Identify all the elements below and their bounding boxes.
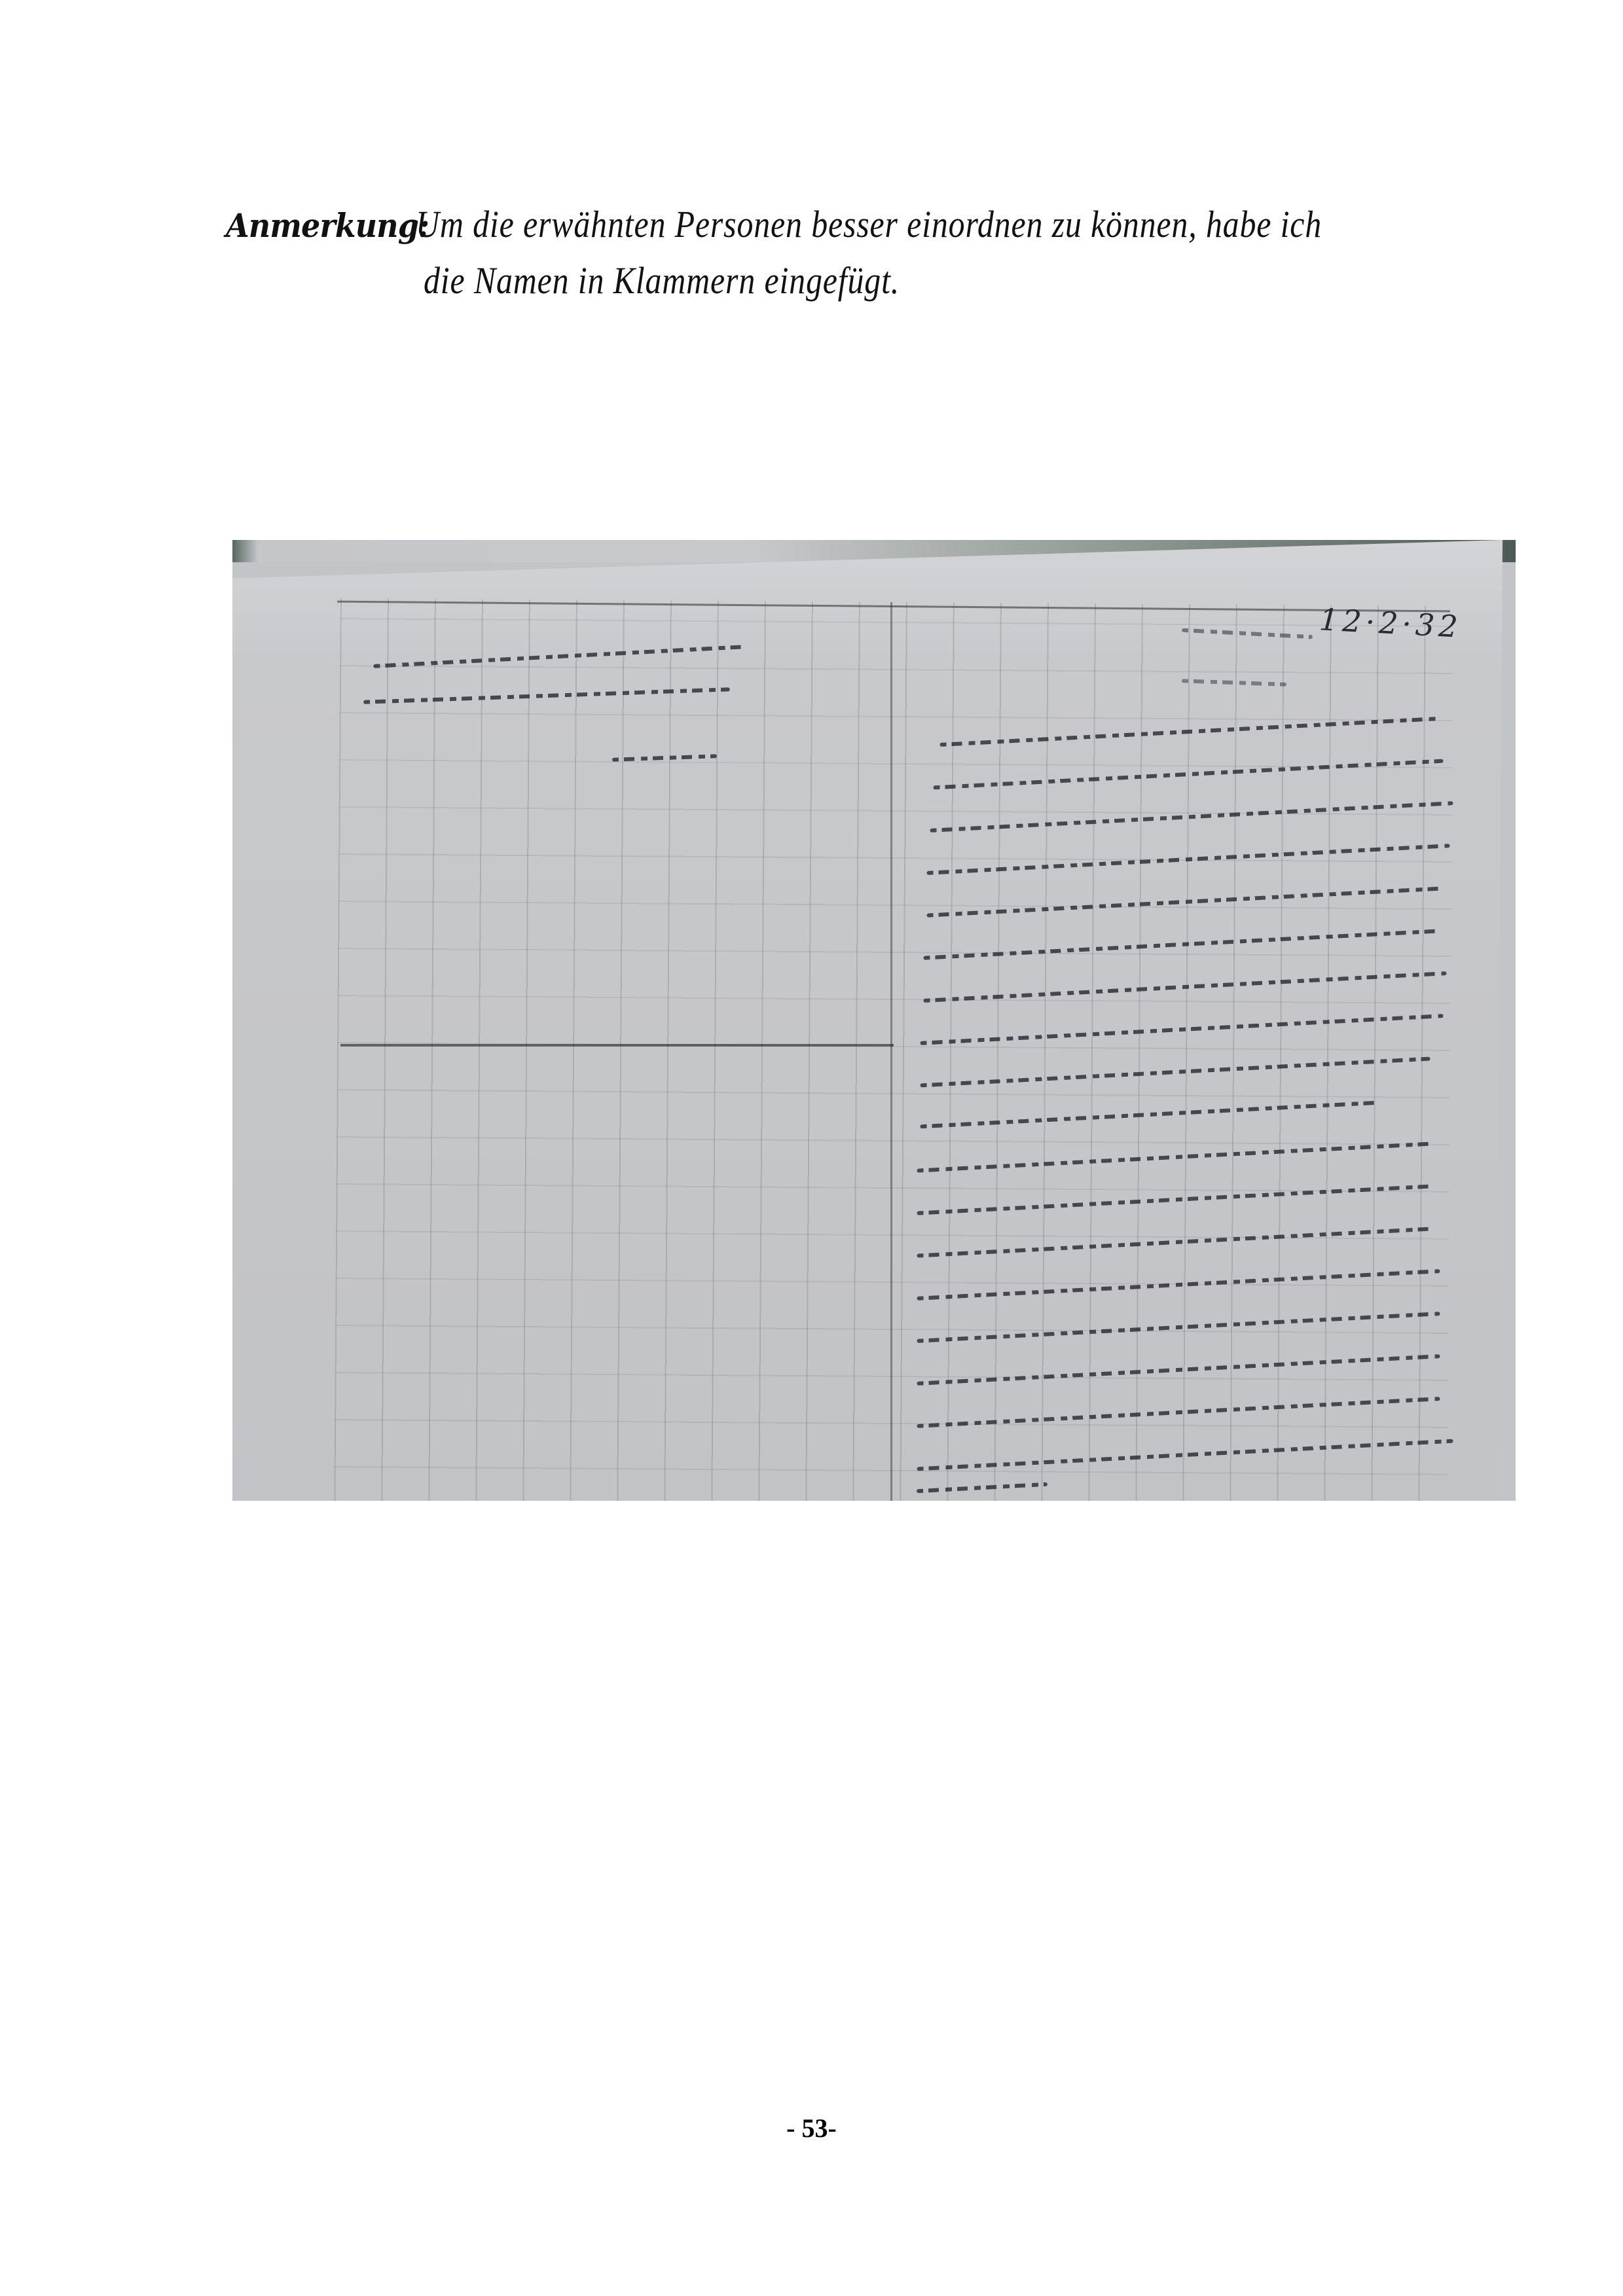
letter-date: 12·2·32	[1319, 601, 1463, 644]
letter-paper: 12·2·32	[232, 540, 1503, 1501]
annotation-text-line-1: Um die erwähnten Personen besser einordn…	[416, 196, 1322, 253]
annotation-row-2: die Namen in Klammern eingefügt.	[226, 253, 1404, 309]
left-page-rule-line	[340, 1044, 894, 1047]
center-fold	[890, 602, 892, 1501]
annotation-note: Anmerkung: Um die erwähnten Personen bes…	[226, 196, 1404, 309]
letter-photograph: 12·2·32	[232, 540, 1516, 1501]
page-number: - 53-	[0, 2113, 1623, 2144]
annotation-text-line-2: die Namen in Klammern eingefügt.	[424, 253, 900, 309]
annotation-row-1: Anmerkung: Um die erwähnten Personen bes…	[226, 196, 1404, 253]
annotation-label: Anmerkung:	[226, 206, 401, 245]
